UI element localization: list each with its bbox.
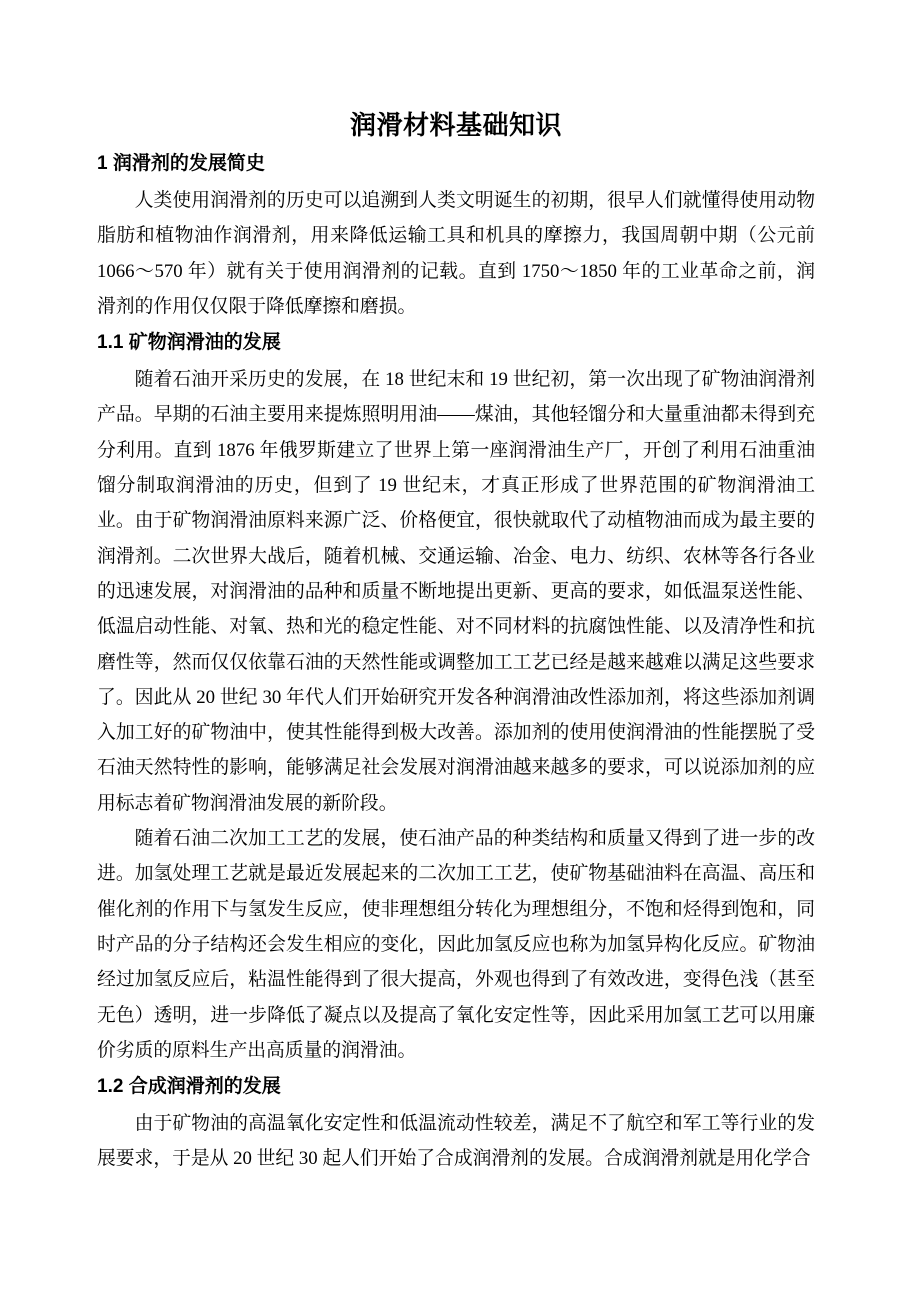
- section-1-paragraph-1: 人类使用润滑剂的历史可以追溯到人类文明诞生的初期，很早人们就懂得使用动物脂肪和植…: [97, 183, 815, 324]
- section-1-1-paragraph-2: 随着石油二次加工工艺的发展，使石油产品的种类结构和质量又得到了进一步的改进。加氢…: [97, 821, 815, 1068]
- section-1-2-paragraph-1: 由于矿物油的高温氧化安定性和低温流动性较差，满足不了航空和军工等行业的发展要求，…: [97, 1106, 815, 1177]
- section-1-1-paragraph-1: 随着石油开采历史的发展，在 18 世纪末和 19 世纪初，第一次出现了矿物油润滑…: [97, 362, 815, 821]
- section-heading-synthetic-lubricant-development: 1.2 合成润滑剂的发展: [97, 1068, 815, 1106]
- document-page: 润滑材料基础知识 1 润滑剂的发展简史 人类使用润滑剂的历史可以追溯到人类文明诞…: [0, 0, 920, 1302]
- section-heading-development-history: 1 润滑剂的发展简史: [97, 145, 815, 183]
- section-heading-mineral-oil-development: 1.1 矿物润滑油的发展: [97, 324, 815, 362]
- document-title: 润滑材料基础知识: [97, 105, 815, 145]
